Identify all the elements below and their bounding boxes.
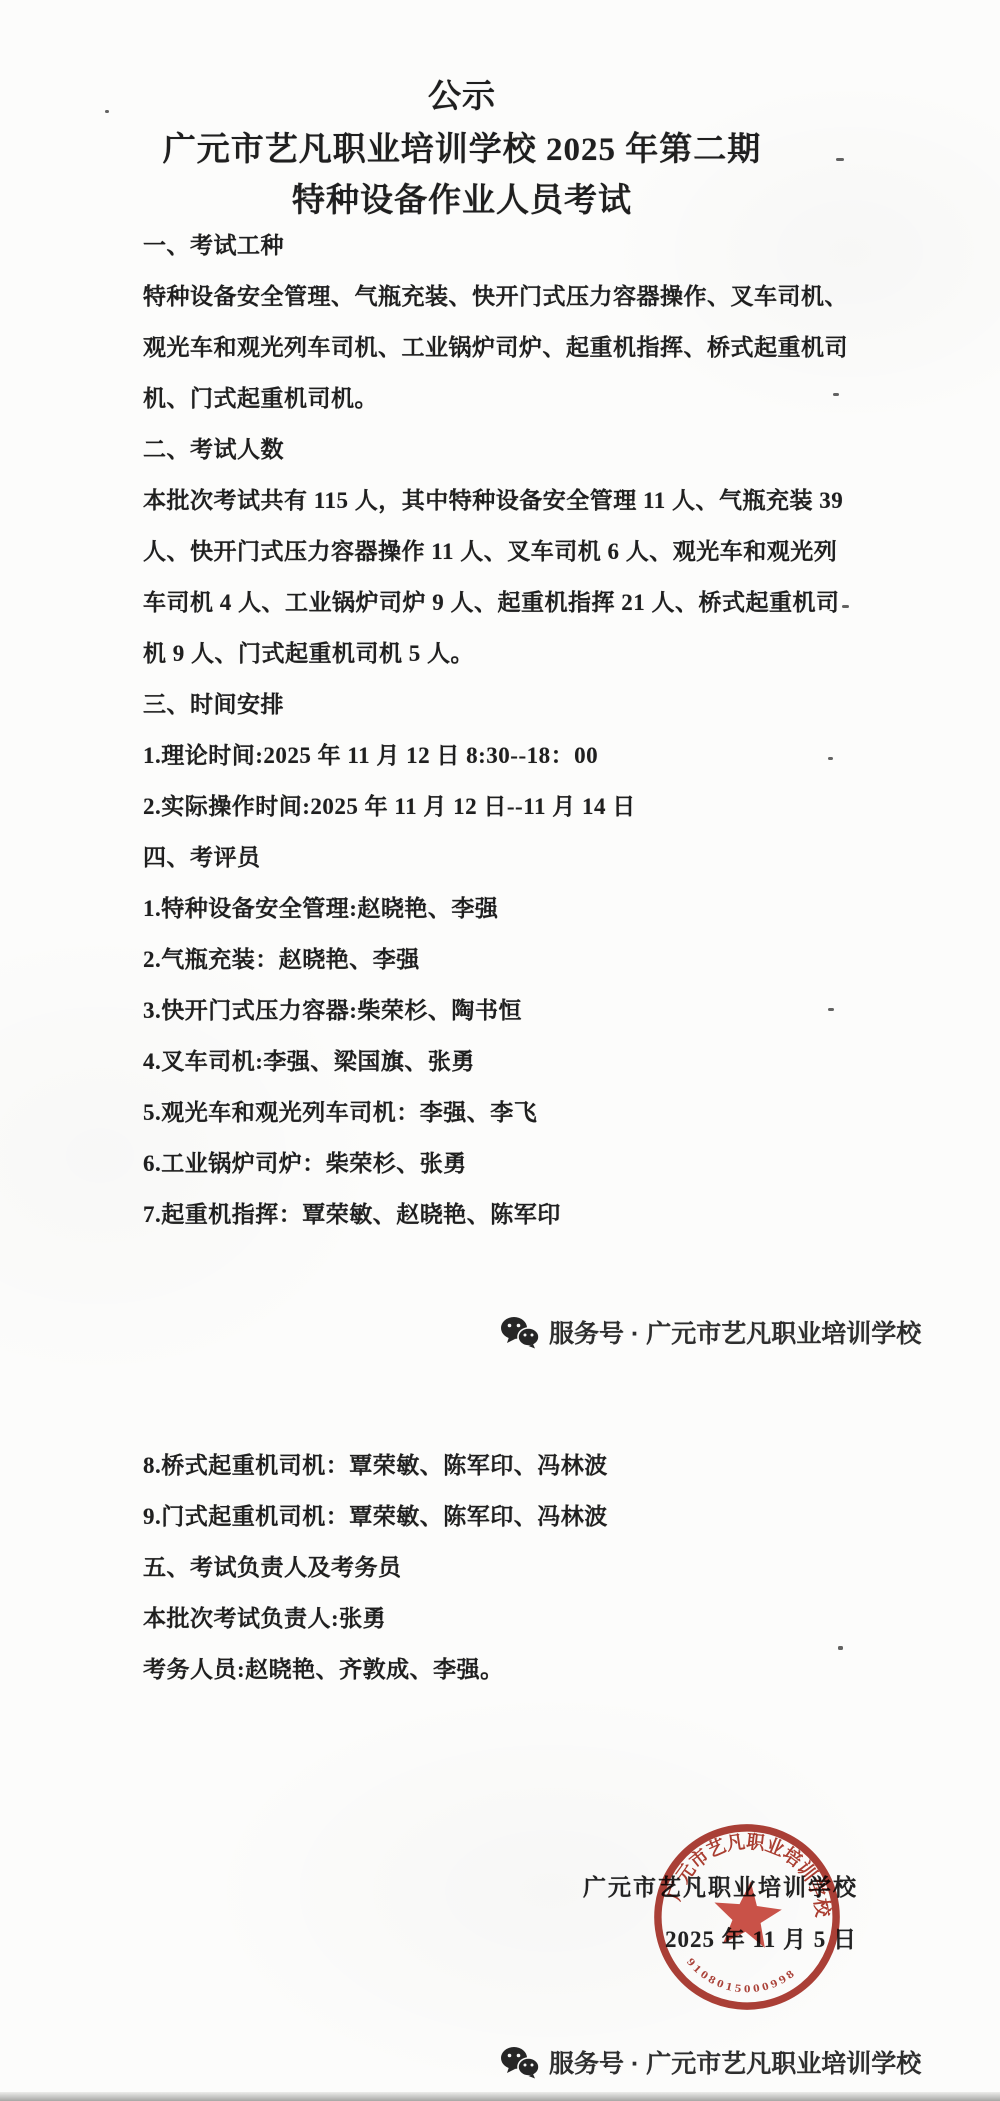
wechat-icon [500, 1315, 540, 1349]
examiner-item: 6.工业锅炉司炉：柴荣杉、张勇 [143, 1138, 883, 1189]
body-line: 本批次考试负责人:张勇 [143, 1593, 883, 1644]
wechat-service-badge-label: 服务号 · 广元市艺凡职业培训学校 [549, 2044, 921, 2080]
wechat-service-badge: 服务号 · 广元市艺凡职业培训学校 [500, 1307, 921, 1357]
scan-speck [836, 158, 844, 161]
body-line: 人、快开门式压力容器操作 11 人、叉车司机 6 人、观光车和观光列 [143, 526, 883, 577]
notice-title: 公示 [0, 70, 924, 117]
scan-speck [828, 1008, 834, 1011]
scan-speck [842, 605, 849, 608]
notice-subtitle-exam-name: 特种设备作业人员考试 [0, 174, 924, 221]
wechat-service-badge-label: 服务号 · 广元市艺凡职业培训学校 [549, 1314, 921, 1350]
scanned-notice-page: 公示 广元市艺凡职业培训学校 2025 年第二期 特种设备作业人员考试 一、考试… [0, 0, 1000, 2101]
wechat-icon [500, 2045, 540, 2079]
notice-body-block-2: 8.桥式起重机司机：覃荣敏、陈军印、冯林波 9.门式起重机司机：覃荣敏、陈军印、… [143, 1440, 883, 1695]
seal-star-icon [710, 1878, 784, 1949]
examiner-item: 4.叉车司机:李强、梁国旗、张勇 [143, 1036, 883, 1087]
examiner-item: 2.气瓶充装：赵晓艳、李强 [143, 934, 883, 985]
body-line: 考务人员:赵晓艳、齐敦成、李强。 [143, 1644, 883, 1695]
scan-speck [838, 1646, 843, 1650]
body-line: 本批次考试共有 115 人，其中特种设备安全管理 11 人、气瓶充装 39 [143, 475, 883, 526]
scan-speck [105, 110, 109, 113]
section-1-heading: 一、考试工种 [143, 220, 883, 271]
body-line: 特种设备安全管理、气瓶充装、快开门式压力容器操作、叉车司机、 [143, 271, 883, 322]
section-4-heading: 四、考评员 [143, 832, 883, 883]
examiner-item: 9.门式起重机司机：覃荣敏、陈军印、冯林波 [143, 1491, 883, 1542]
examiner-item: 5.观光车和观光列车司机：李强、李飞 [143, 1087, 883, 1138]
examiner-item: 7.起重机指挥：覃荣敏、赵晓艳、陈军印 [143, 1189, 883, 1240]
body-line: 车司机 4 人、工业锅炉司炉 9 人、起重机指挥 21 人、桥式起重机司 [143, 577, 883, 628]
examiner-item: 3.快开门式压力容器:柴荣杉、陶书恒 [143, 985, 883, 1036]
section-2-heading: 二、考试人数 [143, 424, 883, 475]
examiner-item: 1.特种设备安全管理:赵晓艳、李强 [143, 883, 883, 934]
scan-speck [833, 393, 839, 396]
examiner-item: 8.桥式起重机司机：覃荣敏、陈军印、冯林波 [143, 1440, 883, 1491]
section-5-heading: 五、考试负责人及考务员 [143, 1542, 883, 1593]
body-line: 1.理论时间:2025 年 11 月 12 日 8:30--18：00 [143, 730, 883, 781]
scan-speck [828, 757, 833, 760]
body-line: 机、门式起重机司机。 [143, 373, 883, 424]
section-3-heading: 三、时间安排 [143, 679, 883, 730]
body-line: 机 9 人、门式起重机司机 5 人。 [143, 628, 883, 679]
notice-subtitle-school-session: 广元市艺凡职业培训学校 2025 年第二期 [0, 123, 924, 170]
photo-bottom-edge [0, 2092, 1000, 2101]
official-seal: 广元市艺凡职业培训学校 9108015000998 [638, 1808, 856, 2026]
body-line: 观光车和观光列车司机、工业锅炉司炉、起重机指挥、桥式起重机司 [143, 322, 883, 373]
wechat-service-badge: 服务号 · 广元市艺凡职业培训学校 [500, 2037, 921, 2087]
body-line: 2.实际操作时间:2025 年 11 月 12 日--11 月 14 日 [143, 781, 883, 832]
notice-body-block-1: 一、考试工种 特种设备安全管理、气瓶充装、快开门式压力容器操作、叉车司机、 观光… [143, 220, 883, 1240]
